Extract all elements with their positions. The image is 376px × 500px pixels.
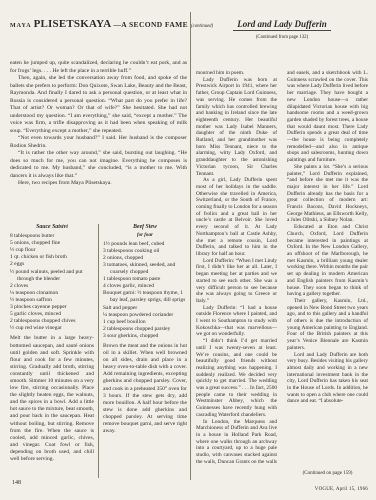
article-paragraph: As a girl, Lady Dufferin spent most of h…: [196, 177, 277, 257]
article-paragraph: “I didn’t think I’d get married until I …: [196, 338, 277, 418]
recipe-sauce-title: Sauce Satsivi: [10, 224, 94, 231]
ingredient-line: 5 garlic cloves, minced: [10, 311, 94, 318]
ingredient-line: 3 sour gherkins, chopped: [103, 333, 187, 340]
ingredient-line: 2 tablespoons chopped parsley: [103, 326, 187, 333]
recipe-stew-directions: Brown the meat and the onions in hot oil…: [103, 343, 187, 435]
ingredient-line: 2 cloves: [10, 283, 94, 290]
intro-paragraph: “Not even towards your husband?” I said.…: [10, 135, 187, 150]
ingredient-line: 1 tablespoon tomato paste: [103, 276, 187, 283]
recipes-section: Sauce Satsivi 8 tablespoons butter5 onio…: [10, 224, 187, 478]
article-paragraph: She paints a lot. “She’s a serious paint…: [287, 164, 368, 224]
ingredient-line: 3 tablespoons cooking oil: [103, 248, 187, 255]
article-header-right: Lord and Lady Dufferin (Continued from p…: [196, 14, 368, 40]
page-number: 148: [12, 480, 21, 486]
ingredient-line: ¼ teaspoon cinnamon: [10, 290, 94, 297]
ingredient-line: 1 cup beef bouillon: [103, 319, 187, 326]
ingredient-line: 2 eggs: [10, 261, 94, 268]
ingredient-line: Bouquet garni: ½ teaspoon thyme, 1 bay l…: [103, 290, 187, 304]
article-paragraph: Lady Dufferin: “I had a house outside Fl…: [196, 305, 277, 339]
header-right-continued-from: (Continued from page 132): [196, 35, 368, 40]
recipe-stew-ingredient-list: 1½ pounds lean beef, cubed3 tablespoons …: [103, 241, 187, 340]
intro-paragraph: “It is rather the other way around,” she…: [10, 150, 187, 180]
header-left-suffix: —A SECOND FAME: [113, 20, 188, 29]
article-section: mourned him in poem.Lady Dufferin was bo…: [196, 70, 368, 470]
ingredient-line: Salt and pepper: [103, 305, 187, 312]
ingredient-line: 2 onions, chopped: [103, 255, 187, 262]
intro-paragraph: Then, again, she led the conversation aw…: [10, 75, 187, 135]
article-paragraph: mourned him in poem.: [196, 70, 277, 77]
ingredient-line: 3 pinches cayenne pepper: [10, 304, 94, 311]
magazine-credit: VOGUE, April 15, 1966: [315, 487, 368, 492]
header-left-title: PLISETSKAYA: [34, 18, 112, 30]
intro-section: eaten he jumped up, quite scandalized, d…: [10, 60, 187, 220]
intro-paragraph: Here, two recipes from Maya Plisetskaya.: [10, 180, 187, 188]
ingredient-line: ½ teaspoon saffron: [10, 297, 94, 304]
ingredient-line: 3 tomatoes, skinned, seeded, and coarsel…: [103, 262, 187, 276]
recipe-stew-title: Beef Stew: [103, 224, 187, 231]
article-paragraph: Educated at Eton and Christ Church, Oxfo…: [287, 224, 368, 298]
article-paragraph: Lord and Lady Dufferin are both very bus…: [287, 352, 368, 406]
article-paragraph: Lord Dufferin: “When I met Lindy first, …: [196, 258, 277, 305]
magazine-page: MAYA PLISETSKAYA —A SECOND FAME (continu…: [0, 0, 376, 500]
ingredient-line: ½ pound walnuts, peeled and put through …: [10, 269, 94, 283]
recipe-sauce-ingredient-list: 8 tablespoons butter5 onions, chopped fi…: [10, 233, 94, 332]
ingredient-line: 1½ pounds lean beef, cubed: [103, 241, 187, 248]
recipe-sauce-directions: Melt the butter in a large heavy-bottome…: [10, 335, 94, 463]
column-divider: [190, 12, 191, 480]
ingredient-line: ¼ teaspoon powdered coriander: [103, 312, 187, 319]
article-paragraph: Their gallery, Kasmin, Ltd., opened in N…: [287, 298, 368, 352]
recipe-sauce-header: Sauce Satsivi: [10, 224, 94, 231]
header-left-prefix: MAYA: [10, 23, 32, 29]
recipe-stew-header: Beef Stew for four: [103, 224, 187, 239]
intro-paragraph: eaten he jumped up, quite scandalized, d…: [10, 60, 187, 75]
ingredient-line: ½ cup red wine vinegar: [10, 325, 94, 332]
recipe-stew-subtitle: for four: [103, 232, 187, 239]
article-paragraph: Lady Dufferin was born at Prestwick Airp…: [196, 77, 277, 178]
continued-on-page-note: (Continued on page 159): [287, 471, 368, 476]
article-header-left: MAYA PLISETSKAYA —A SECOND FAME (continu…: [10, 18, 213, 30]
ingredient-line: 1 qt. chicken or fish broth: [10, 254, 94, 261]
header-right-title: Lord and Lady Dufferin: [233, 19, 331, 31]
